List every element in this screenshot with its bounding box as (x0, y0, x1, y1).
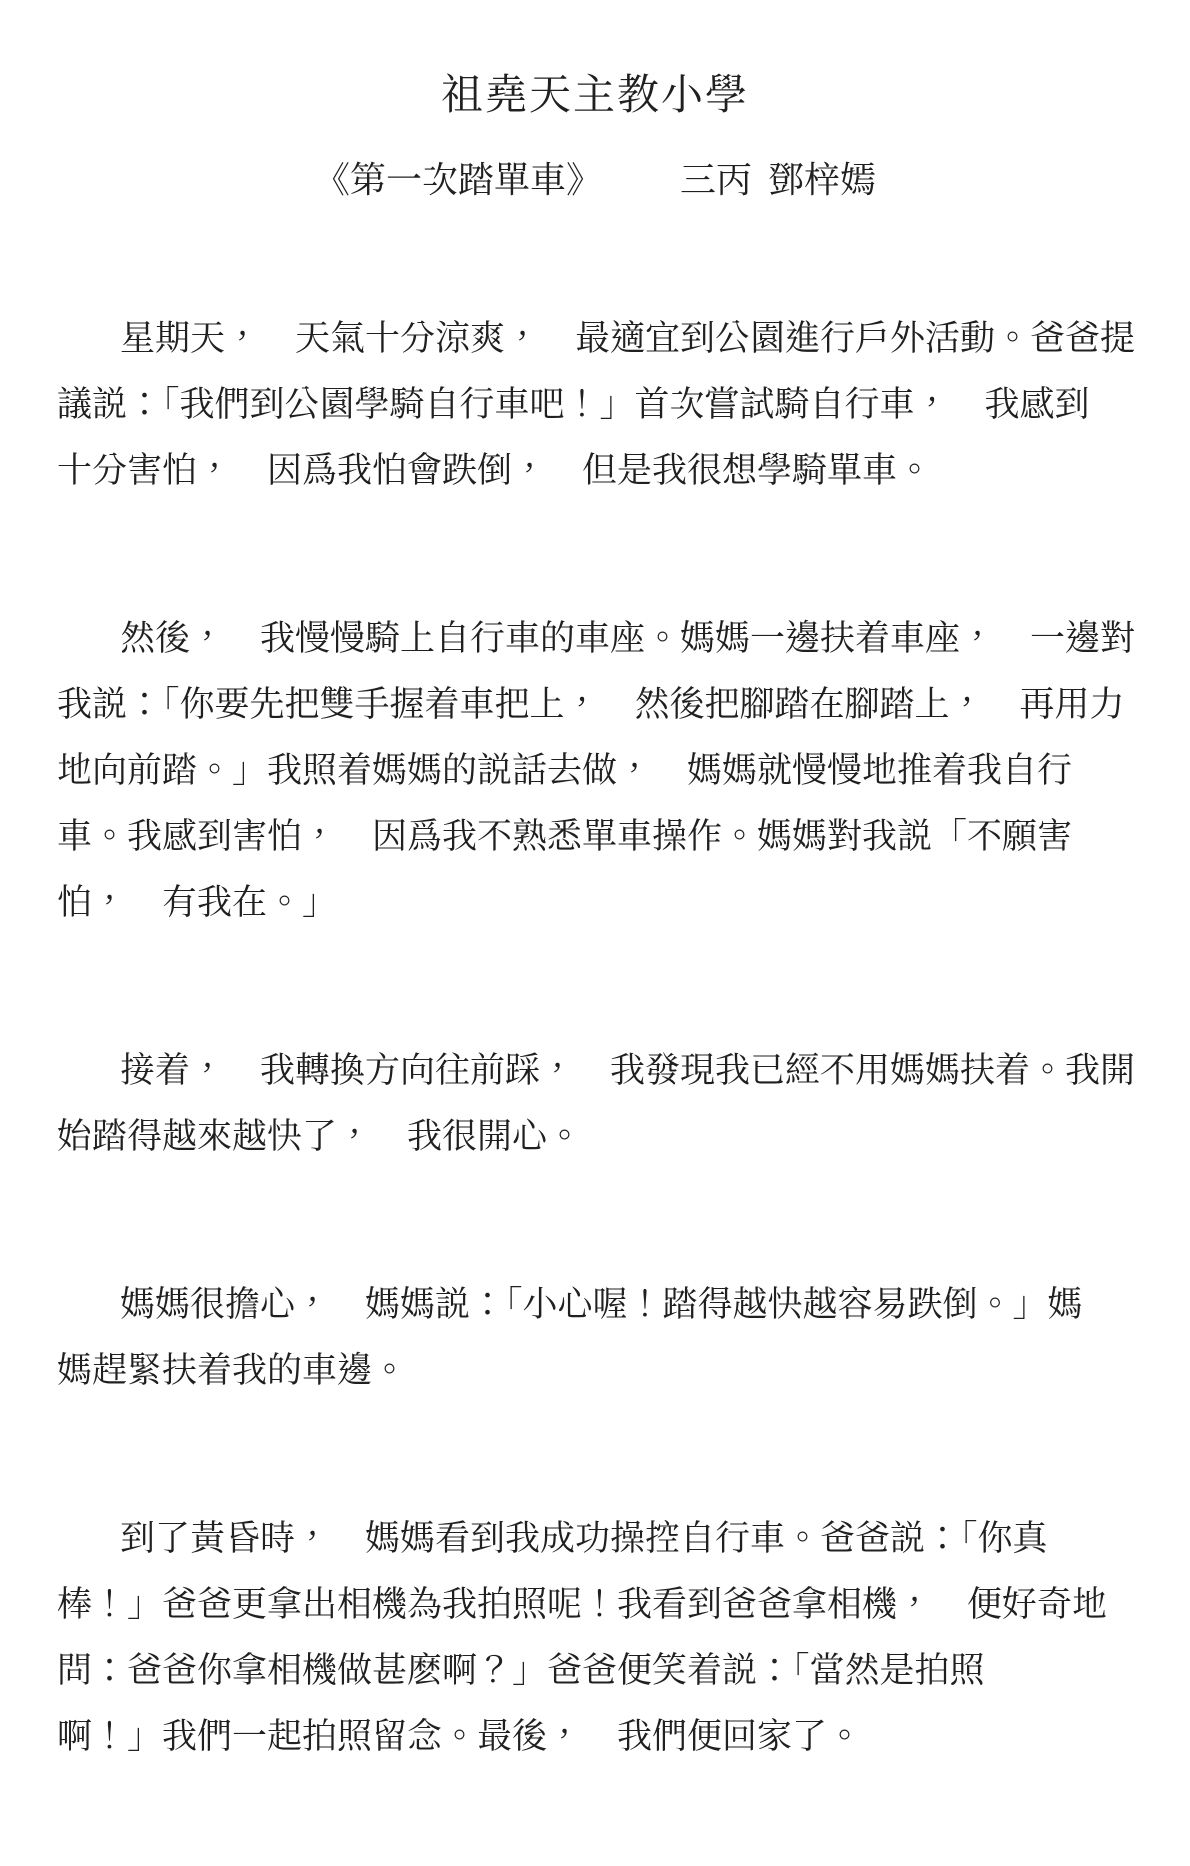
student-name: 鄧梓嫣 (768, 159, 876, 200)
text-line: 始踏得越來越快了， 我很開心。 (57, 1104, 1133, 1170)
paragraph: 接着， 我轉換方向往前踩， 我發現我已經不用媽媽扶着。我開始踏得越來越快了， 我… (57, 1038, 1133, 1170)
document-page: 祖堯天主教小學 《第一次踏單車》 三丙鄧梓嫣 星期天， 天氣十分涼爽， 最適宜到… (0, 0, 1190, 1866)
essay-body: 星期天， 天氣十分涼爽， 最適宜到公園進行戶外活動。爸爸提議説：「我們到公園學騎… (57, 306, 1133, 1770)
paragraph: 然後， 我慢慢騎上自行車的車座。媽媽一邊扶着車座， 一邊對我説：「你要先把雙手握… (57, 606, 1133, 936)
text-line: 十分害怕， 因爲我怕會跌倒， 但是我很想學騎單車。 (57, 438, 1133, 504)
class-name: 三丙 (680, 159, 752, 200)
text-line: 星期天， 天氣十分涼爽， 最適宜到公園進行戶外活動。爸爸提 (57, 306, 1133, 372)
text-line: 媽趕緊扶着我的車邊。 (57, 1338, 1133, 1404)
text-line: 接着， 我轉換方向往前踩， 我發現我已經不用媽媽扶着。我開 (57, 1038, 1133, 1104)
text-line: 然後， 我慢慢騎上自行車的車座。媽媽一邊扶着車座， 一邊對 (57, 606, 1133, 672)
text-line: 問：爸爸你拿相機做甚麽啊？」爸爸便笑着説：「當然是拍照 (57, 1638, 1133, 1704)
paragraph: 星期天， 天氣十分涼爽， 最適宜到公園進行戶外活動。爸爸提議説：「我們到公園學騎… (57, 306, 1133, 504)
text-line: 啊！」我們一起拍照留念。最後， 我們便回家了。 (57, 1704, 1133, 1770)
text-line: 地向前踏。」我照着媽媽的説話去做， 媽媽就慢慢地推着我自行 (57, 738, 1133, 804)
text-line: 到了黃昏時， 媽媽看到我成功操控自行車。爸爸説：「你真 (57, 1506, 1133, 1572)
text-line: 車。我感到害怕， 因爲我不熟悉單車操作。媽媽對我説「不願害 (57, 804, 1133, 870)
school-name: 祖堯天主教小學 (57, 70, 1133, 120)
paragraph: 媽媽很擔心， 媽媽説：「小心喔！踏得越快越容易跌倒。」媽媽趕緊扶着我的車邊。 (57, 1272, 1133, 1404)
text-line: 議説：「我們到公園學騎自行車吧！」首次嘗試騎自行車， 我感到 (57, 372, 1133, 438)
text-line: 我説：「你要先把雙手握着車把上， 然後把腳踏在腳踏上， 再用力 (57, 672, 1133, 738)
author-info: 三丙鄧梓嫣 (680, 158, 876, 202)
paragraph: 到了黃昏時， 媽媽看到我成功操控自行車。爸爸説：「你真棒！」爸爸更拿出相機為我拍… (57, 1506, 1133, 1770)
text-line: 媽媽很擔心， 媽媽説：「小心喔！踏得越快越容易跌倒。」媽 (57, 1272, 1133, 1338)
text-line: 棒！」爸爸更拿出相機為我拍照呢！我看到爸爸拿相機， 便好奇地 (57, 1572, 1133, 1638)
essay-title: 《第一次踏單車》 (314, 158, 602, 202)
text-line: 怕， 有我在。」 (57, 870, 1133, 936)
essay-header: 《第一次踏單車》 三丙鄧梓嫣 (57, 158, 1133, 202)
